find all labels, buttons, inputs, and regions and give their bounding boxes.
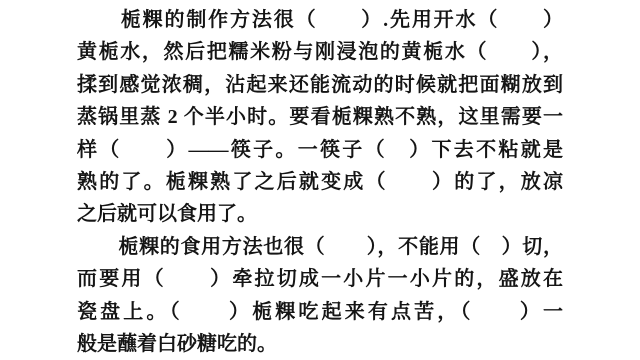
text-line-paragraph-end: 之后就可以食用了。 <box>77 198 563 230</box>
text-line-paragraph-end: 般是蘸着白砂糖吃的。 <box>77 328 563 360</box>
text-line: 栀粿的制作方法很（ ）.先用开水（ ） <box>77 4 563 36</box>
text-line: 蒸锅里蒸 2 个半小时。要看栀粿熟不熟，这里需要一 <box>77 101 563 133</box>
text-line: 栀粿的食用方法也很（ ），不能用（ ）切， <box>77 231 563 263</box>
text-line: 瓷盘上。（ ）栀粿吃起来有点苦，（ ）一 <box>77 296 563 328</box>
text-line: 黄栀水，然后把糯米粉与刚浸泡的黄栀水（ ）， <box>77 36 563 68</box>
worksheet-page: 栀粿的制作方法很（ ）.先用开水（ ） 黄栀水，然后把糯米粉与刚浸泡的黄栀水（ … <box>0 0 640 360</box>
text-line: 熟的了。栀粿熟了之后就变成（ ）的了，放凉 <box>77 166 563 198</box>
text-line: 揉到感觉浓稠，沾起来还能流动的时候就把面糊放到 <box>77 69 563 101</box>
text-line: 样（ ）——筷子。一筷子（ ）下去不粘就是 <box>77 134 563 166</box>
text-line: 而要用（ ）牵拉切成一小片一小片的，盛放在 <box>77 263 563 295</box>
